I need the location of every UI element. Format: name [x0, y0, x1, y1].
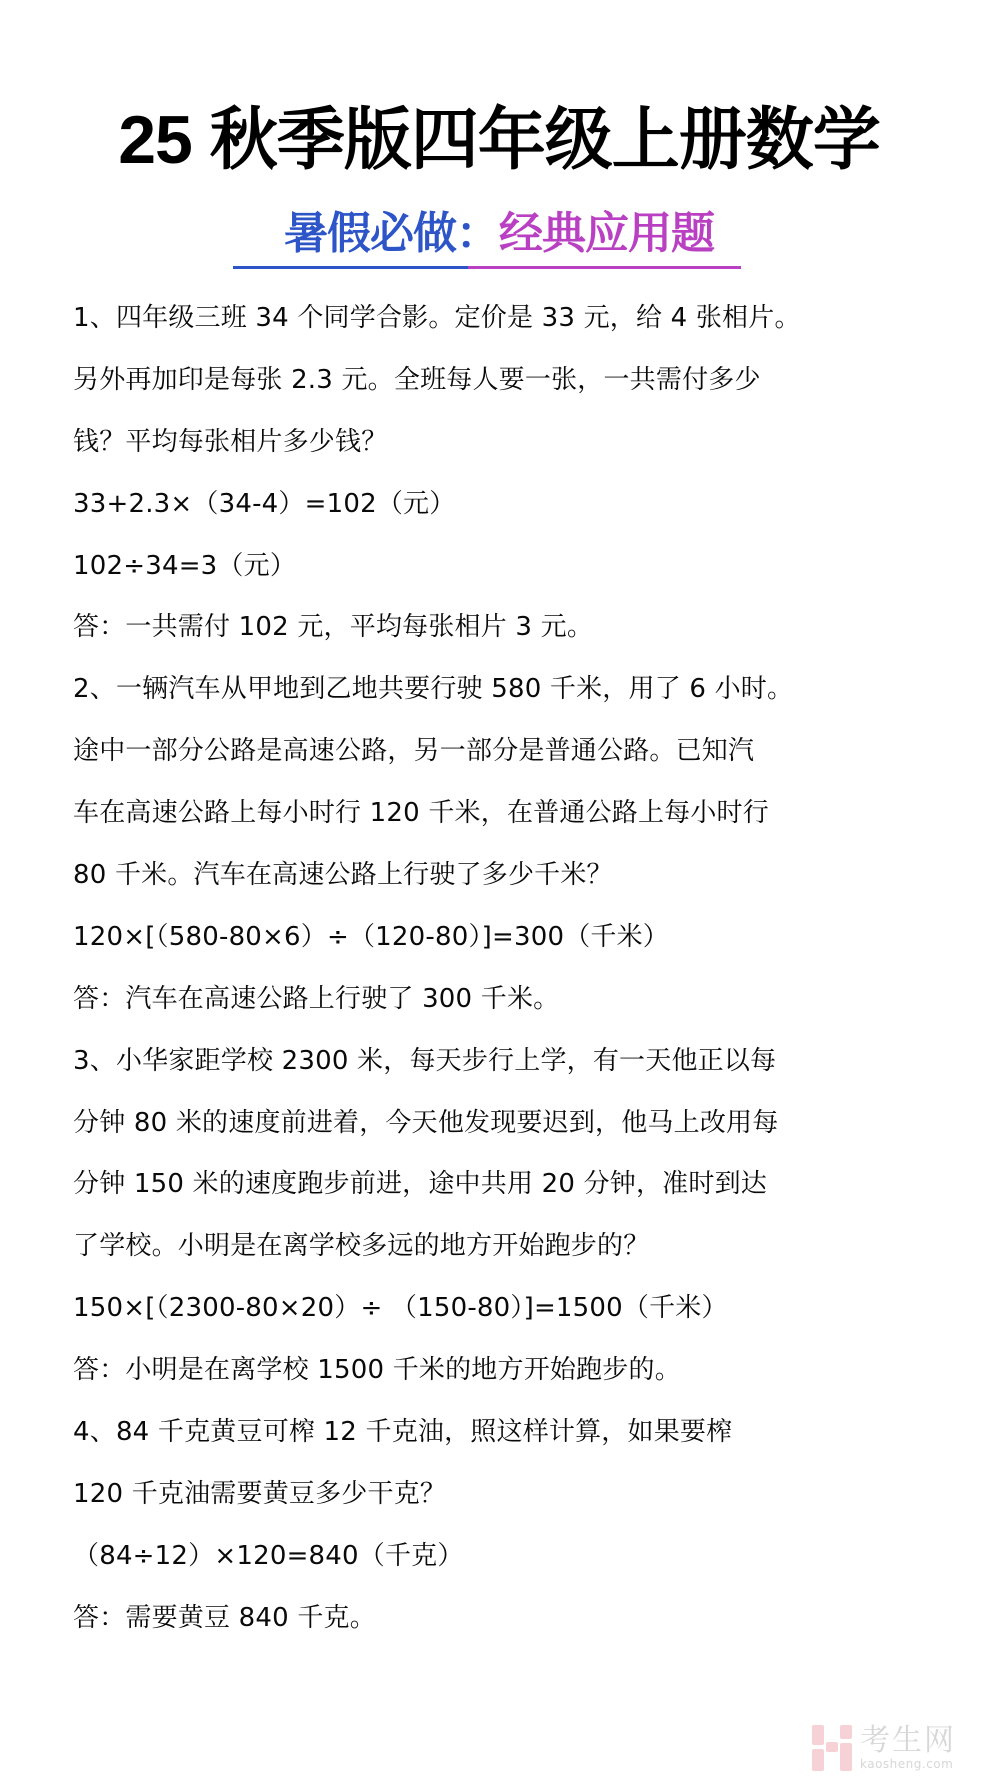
problem-text-line: 3、小华家距学校 2300 米，每天步行上学，有一天他正以每 [73, 1031, 973, 1093]
solution-equation: 120×[（580-80×6）÷（120-80）]=300（千米） [73, 907, 973, 969]
problem-text-line: 分钟 150 米的速度跑步前进，途中共用 20 分钟，准时到达 [73, 1154, 973, 1216]
solution-equation: 33+2.3×（34-4）=102（元） [73, 474, 973, 536]
problems-list: 1、四年级三班 34 个同学合影。定价是 33 元，给 4 张相片。 另外再加印… [73, 288, 973, 1650]
answer-line: 答：汽车在高速公路上行驶了 300 千米。 [73, 969, 973, 1031]
kaosheng-logo-icon [812, 1725, 852, 1771]
problem-text-line: 4、84 千克黄豆可榨 12 千克油，照这样计算，如果要榨 [73, 1402, 973, 1464]
subtitle: 暑假必做：经典应用题 [284, 208, 714, 264]
subtitle-underline [233, 266, 741, 269]
problem-text-line: 车在高速公路上每小时行 120 千米，在普通公路上每小时行 [73, 783, 973, 845]
watermark-en: kaosheng.com [860, 1757, 956, 1771]
solution-equation: （84÷12）×120=840（千克） [73, 1526, 973, 1588]
answer-line: 答：小明是在离学校 1500 千米的地方开始跑步的。 [73, 1340, 973, 1402]
underline-blue-segment [233, 266, 468, 269]
watermark-cn: 考生网 [860, 1725, 956, 1757]
problem-text-line: 钱？平均每张相片多少钱？ [73, 412, 973, 474]
subtitle-block: 暑假必做：经典应用题 [0, 208, 998, 264]
problem-text-line: 1、四年级三班 34 个同学合影。定价是 33 元，给 4 张相片。 [73, 288, 973, 350]
problem-3: 3、小华家距学校 2300 米，每天步行上学，有一天他正以每 分钟 80 米的速… [73, 1031, 973, 1402]
underline-purple-segment [468, 266, 741, 269]
answer-line: 答：需要黄豆 840 千克。 [73, 1588, 973, 1650]
problem-text-line: 80 千米。汽车在高速公路上行驶了多少千米？ [73, 845, 973, 907]
answer-line: 答：一共需付 102 元，平均每张相片 3 元。 [73, 597, 973, 659]
subtitle-part-b: 经典应用题 [499, 208, 714, 259]
problem-text-line: 120 千克油需要黄豆多少干克？ [73, 1464, 973, 1526]
problem-2: 2、一辆汽车从甲地到乙地共要行驶 580 千米，用了 6 小时。 途中一部分公路… [73, 659, 973, 1030]
problem-text-line: 途中一部分公路是高速公路，另一部分是普通公路。已知汽 [73, 721, 973, 783]
problem-text-line: 另外再加印是每张 2.3 元。全班每人要一张，一共需付多少 [73, 350, 973, 412]
subtitle-part-a: 暑假必做： [284, 208, 499, 259]
solution-equation: 150×[（2300-80×20）÷ （150-80）]=1500（千米） [73, 1278, 973, 1340]
solution-equation: 102÷34=3（元） [73, 536, 973, 598]
problem-text-line: 了学校。小明是在离学校多远的地方开始跑步的？ [73, 1216, 973, 1278]
watermark: 考生网 kaosheng.com [812, 1720, 992, 1775]
page-title: 25 秋季版四年级上册数学 [0, 100, 998, 180]
problem-4: 4、84 千克黄豆可榨 12 千克油，照这样计算，如果要榨 120 千克油需要黄… [73, 1402, 973, 1650]
problem-text-line: 2、一辆汽车从甲地到乙地共要行驶 580 千米，用了 6 小时。 [73, 659, 973, 721]
problem-1: 1、四年级三班 34 个同学合影。定价是 33 元，给 4 张相片。 另外再加印… [73, 288, 973, 659]
watermark-text: 考生网 kaosheng.com [860, 1725, 956, 1771]
problem-text-line: 分钟 80 米的速度前进着，今天他发现要迟到，他马上改用每 [73, 1093, 973, 1155]
